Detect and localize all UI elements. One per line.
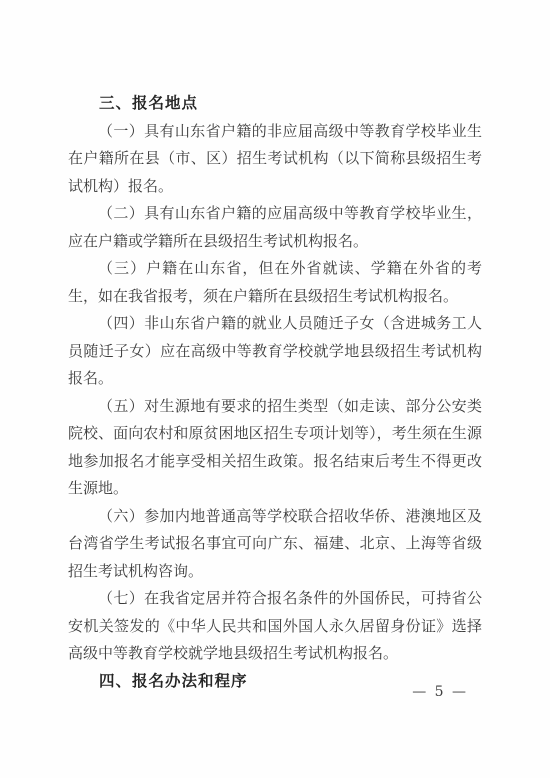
document-paragraph-item-6: （六）参加内地普通高等学校联合招收华侨、港澳地区及台湾省学生考试报名事宜可向广东… — [68, 503, 482, 586]
document-paragraph-item-1: （一）具有山东省户籍的非应届高级中等教育学校毕业生在户籍所在县（市、区）招生考试… — [68, 118, 482, 201]
page-number: — 5 — — [412, 684, 468, 700]
section-heading-registration-location: 三、报名地点 — [68, 90, 482, 118]
document-paragraph-item-2: （二）具有山东省户籍的应届高级中等教育学校毕业生，应在户籍或学籍所在县级招生考试… — [68, 200, 482, 255]
document-content: 三、报名地点 （一）具有山东省户籍的非应届高级中等教育学校毕业生在户籍所在县（市… — [68, 90, 482, 695]
document-paragraph-item-7: （七）在我省定居并符合报名条件的外国侨民，可持省公安机关签发的《中华人民共和国外… — [68, 585, 482, 668]
document-paragraph-item-5: （五）对生源地有要求的招生类型（如走读、部分公安类院校、面向农村和原贫困地区招生… — [68, 393, 482, 503]
document-page: 三、报名地点 （一）具有山东省户籍的非应届高级中等教育学校毕业生在户籍所在县（市… — [0, 0, 550, 778]
document-paragraph-item-4: （四）非山东省户籍的就业人员随迁子女（含进城务工人员随迁子女）应在高级中等教育学… — [68, 310, 482, 393]
document-paragraph-item-3: （三）户籍在山东省，但在外省就读、学籍在外省的考生，如在我省报考，须在户籍所在县… — [68, 255, 482, 310]
